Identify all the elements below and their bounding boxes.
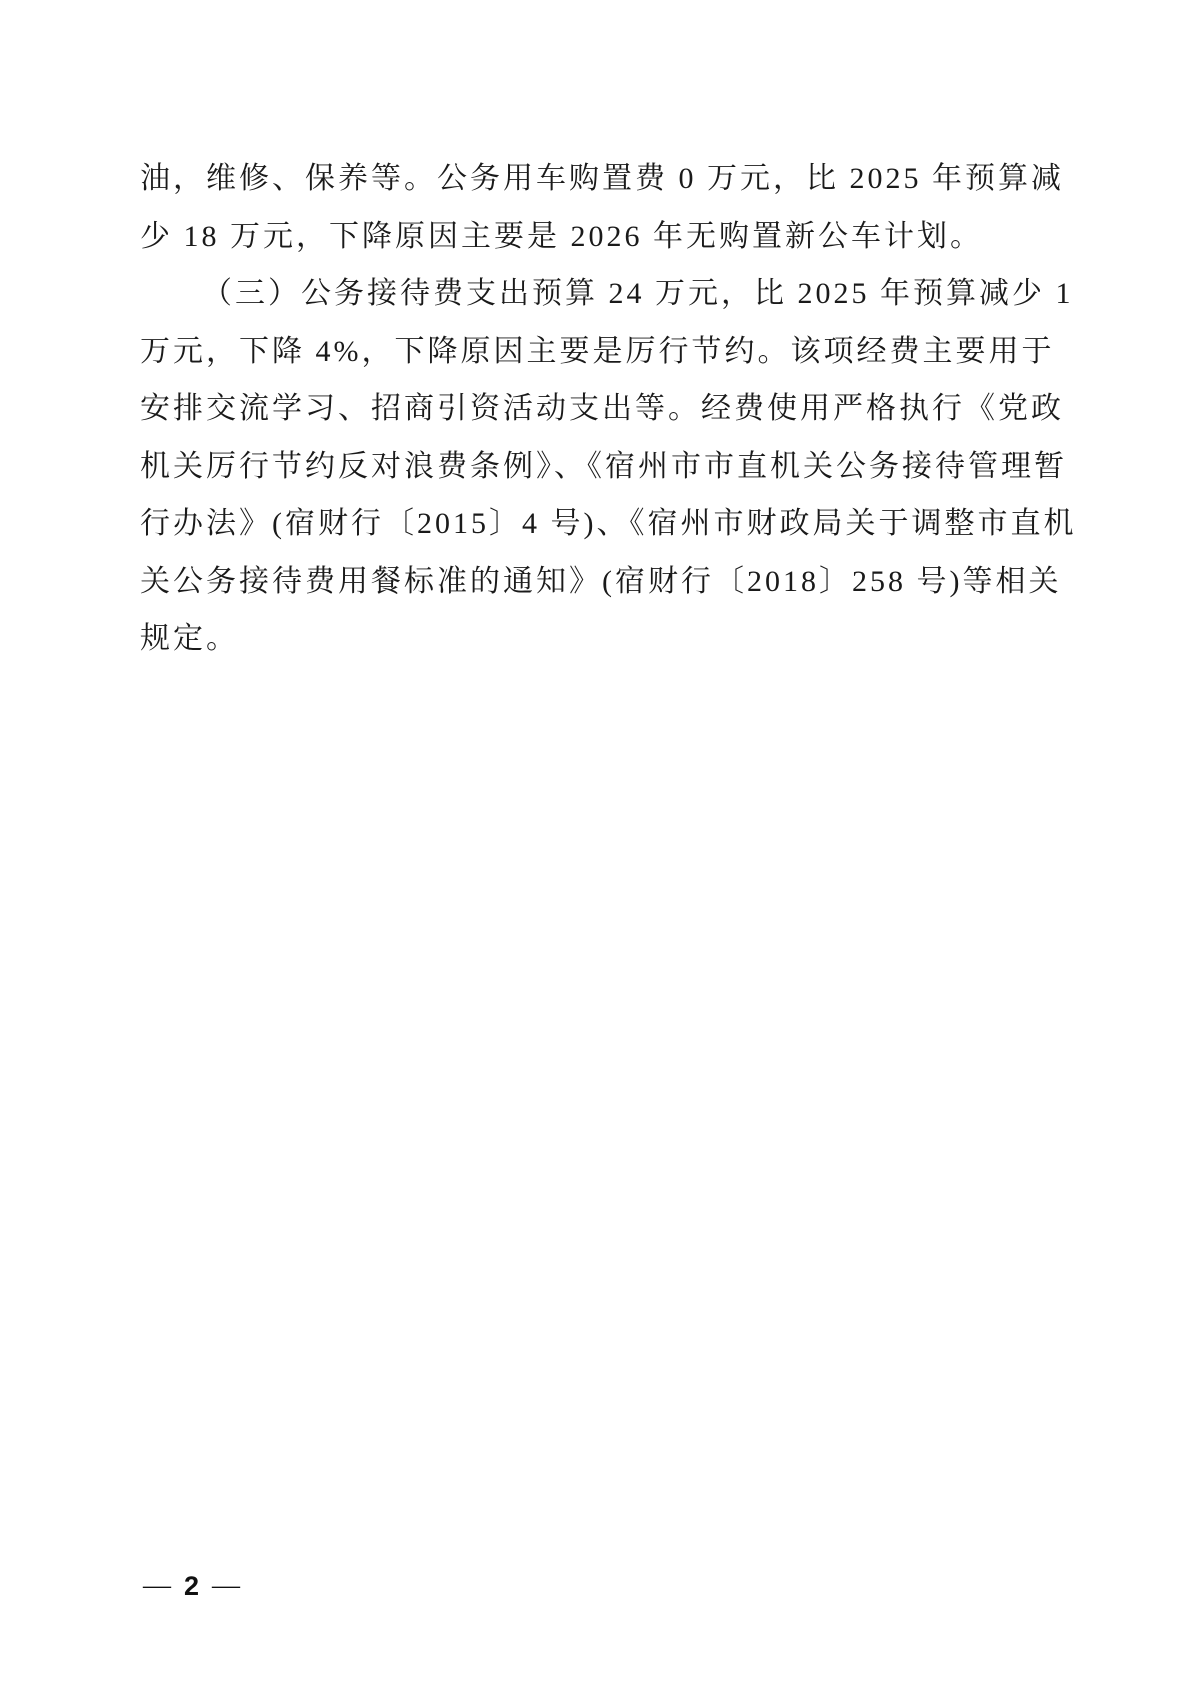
text-line: 万元，下降 4%，下降原因主要是厉行节约。该项经费主要用于 — [140, 323, 1052, 381]
paragraph: （三）公务接待费支出预算 24 万元，比 2025 年预算减少 1万元，下降 4… — [140, 265, 1052, 668]
page-footer: — 2 — — [143, 1568, 240, 1604]
text-line: 机关厉行节约反对浪费条例》、《宿州市市直机关公务接待管理暂 — [140, 438, 1052, 496]
footer-dash-left: — — [143, 1568, 171, 1604]
text-line: 关公务接待费用餐标准的通知》(宿财行〔2018〕258 号)等相关 — [140, 553, 1052, 611]
paragraph: 油，维修、保养等。公务用车购置费 0 万元，比 2025 年预算减少 18 万元… — [140, 150, 1052, 265]
document-page: 油，维修、保养等。公务用车购置费 0 万元，比 2025 年预算减少 18 万元… — [0, 0, 1190, 1683]
text-line: 行办法》(宿财行〔2015〕4 号)、《宿州市财政局关于调整市直机 — [140, 495, 1052, 553]
text-line: 油，维修、保养等。公务用车购置费 0 万元，比 2025 年预算减 — [140, 150, 1052, 208]
page-number: 2 — [184, 1568, 199, 1604]
text-line: 规定。 — [140, 610, 1052, 668]
text-line: 少 18 万元，下降原因主要是 2026 年无购置新公车计划。 — [140, 208, 1052, 266]
footer-dash-right: — — [212, 1568, 240, 1604]
text-line: 安排交流学习、招商引资活动支出等。经费使用严格执行《党政 — [140, 380, 1052, 438]
text-line: （三）公务接待费支出预算 24 万元，比 2025 年预算减少 1 — [140, 265, 1052, 323]
document-body: 油，维修、保养等。公务用车购置费 0 万元，比 2025 年预算减少 18 万元… — [140, 150, 1052, 668]
